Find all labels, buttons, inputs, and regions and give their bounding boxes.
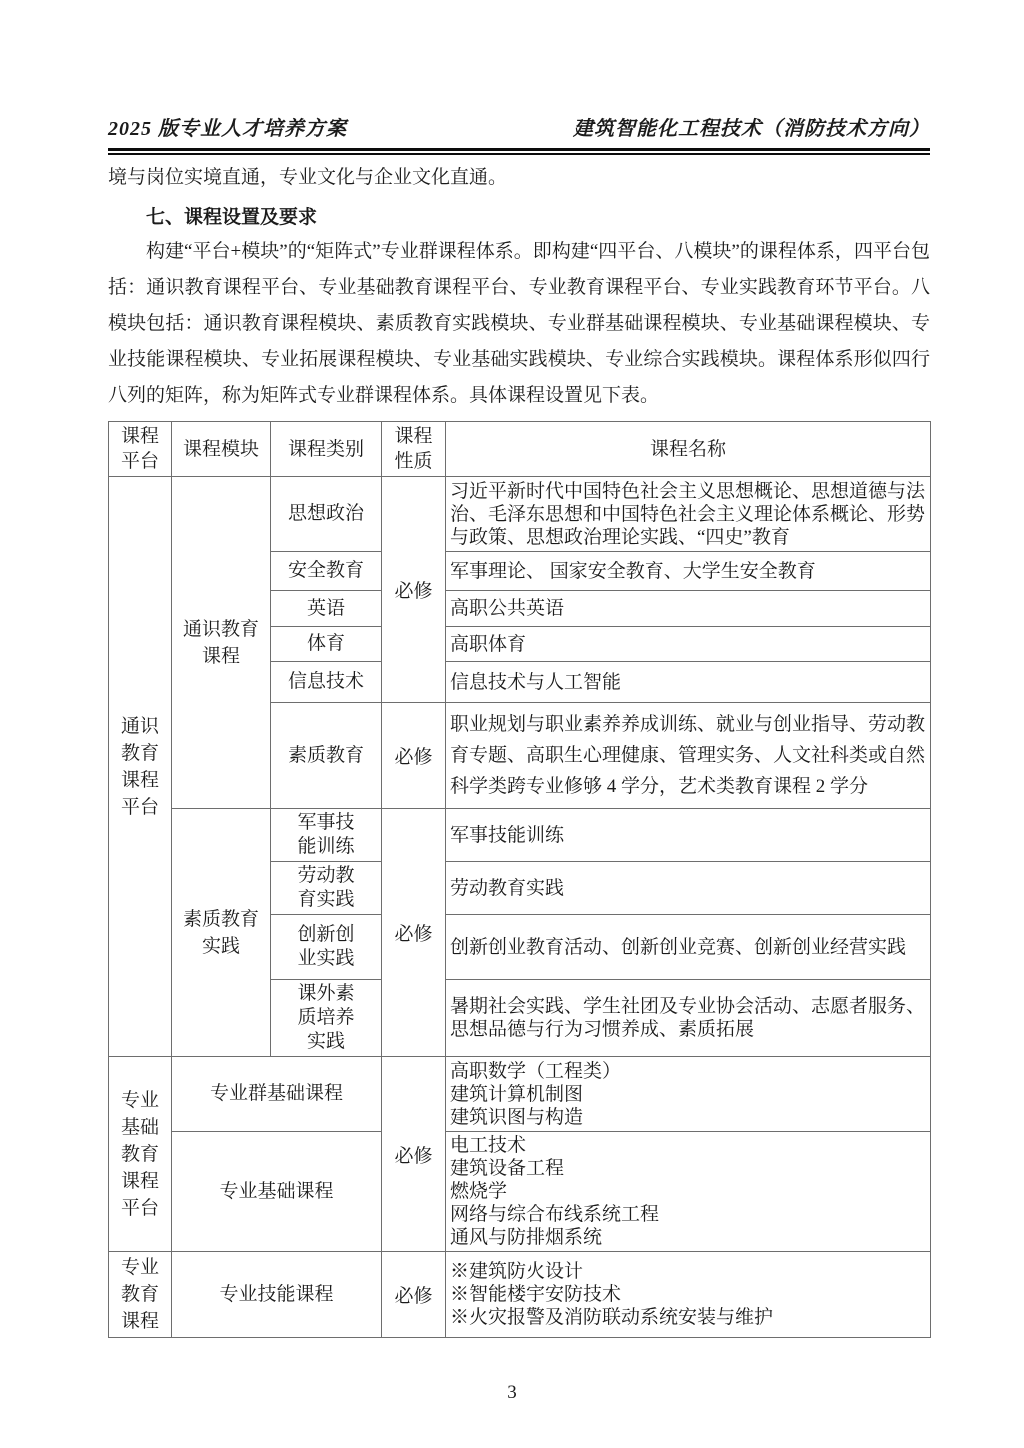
nature-cell: 必修 [382,1057,446,1252]
course-name-cell: 习近平新时代中国特色社会主义思想概论、思想道德与法治、毛泽东思想和中国特色社会主… [446,477,931,552]
header-double-rule [108,148,930,155]
course-name-cell: 电工技术 建筑设备工程 燃烧学 网络与综合布线系统工程 通风与防排烟系统 [446,1132,931,1252]
header-cell-module: 课程模块 [172,422,271,477]
document-page: 2025 版专业人才培养方案 建筑智能化工程技术（消防技术方向） 境与岗位实境直… [0,0,1024,1448]
category-cell: 英语 [271,591,382,627]
category-cell-group-foundation: 专业群基础课程 [172,1057,382,1132]
category-cell: 课外素 质培养 实践 [271,980,382,1057]
header-cell-category: 课程类别 [271,422,382,477]
course-name-cell: ※建筑防火设计 ※智能楼宇安防技术 ※火灾报警及消防联动系统安装与维护 [446,1252,931,1338]
module-cell-general-courses: 通识教育 课程 [172,477,271,809]
course-name-cell: 高职公共英语 [446,591,931,627]
paragraph-course-system: 构建“平台+模块”的“矩阵式”专业群课程体系。即构建“四平台、八模块”的课程体系… [108,234,930,414]
header-left-title: 2025 版专业人才培养方案 [108,112,347,141]
document-body: 境与岗位实境直通，专业文化与企业文化直通。 七、课程设置及要求 构建“平台+模块… [108,163,930,1338]
course-name-cell: 劳动教育实践 [446,862,931,915]
course-name-cell: 创新创业教育活动、创新创业竞赛、创新创业经营实践 [446,915,931,980]
category-cell-professional-foundation: 专业基础课程 [172,1132,382,1252]
header-cell-nature: 课程 性质 [382,422,446,477]
category-cell: 思想政治 [271,477,382,552]
course-setting-table: 课程 平台 课程模块 课程类别 课程 性质 课程名称 通识 教育 课程 平台 通… [108,421,931,1338]
course-name-cell: 高职数学（工程类） 建筑计算机制图 建筑识图与构造 [446,1057,931,1132]
nature-cell: 必修 [382,477,446,703]
header-right-title: 建筑智能化工程技术（消防技术方向） [573,112,930,141]
course-name-cell: 高职体育 [446,627,931,662]
module-cell-quality-practice: 素质教育 实践 [172,809,271,1057]
category-cell: 创新创 业实践 [271,915,382,980]
nature-cell: 必修 [382,809,446,1057]
header-cell-name: 课程名称 [446,422,931,477]
category-cell: 素质教育 [271,703,382,809]
table-row: 专业 基础 教育 课程 平台 专业群基础课程 必修 高职数学（工程类） 建筑计算… [109,1057,931,1132]
course-name-cell: 军事理论、 国家安全教育、大学生安全教育 [446,552,931,591]
table-row: 素质教育 实践 军事技 能训练 必修 军事技能训练 [109,809,931,862]
page-header: 2025 版专业人才培养方案 建筑智能化工程技术（消防技术方向） [108,112,930,141]
paragraph-continuation: 境与岗位实境直通，专业文化与企业文化直通。 [108,163,930,192]
table-row: 专业基础课程 电工技术 建筑设备工程 燃烧学 网络与综合布线系统工程 通风与防排… [109,1132,931,1252]
category-cell-professional-skill: 专业技能课程 [172,1252,382,1338]
category-cell: 军事技 能训练 [271,809,382,862]
header-cell-platform: 课程 平台 [109,422,172,477]
platform-cell-professional-foundation: 专业 基础 教育 课程 平台 [109,1057,172,1252]
table-row: 通识 教育 课程 平台 通识教育 课程 思想政治 必修 习近平新时代中国特色社会… [109,477,931,552]
nature-cell: 必修 [382,703,446,809]
category-cell: 安全教育 [271,552,382,591]
platform-cell-general-education: 通识 教育 课程 平台 [109,477,172,1057]
section-heading: 七、课程设置及要求 [108,204,930,231]
category-cell: 体育 [271,627,382,662]
course-name-cell: 暑期社会实践、学生社团及专业协会活动、志愿者服务、思想品德与行为习惯养成、素质拓… [446,980,931,1057]
course-name-cell: 信息技术与人工智能 [446,662,931,703]
nature-cell: 必修 [382,1252,446,1338]
course-name-cell: 军事技能训练 [446,809,931,862]
table-header-row: 课程 平台 课程模块 课程类别 课程 性质 课程名称 [109,422,931,477]
table-row: 专业 教育 课程 专业技能课程 必修 ※建筑防火设计 ※智能楼宇安防技术 ※火灾… [109,1252,931,1338]
page-number: 3 [0,1382,1024,1404]
category-cell: 信息技术 [271,662,382,703]
platform-cell-professional-education: 专业 教育 课程 [109,1252,172,1338]
category-cell: 劳动教 育实践 [271,862,382,915]
course-name-cell: 职业规划与职业素养养成训练、就业与创业指导、劳动教育专题、高职生心理健康、管理实… [446,703,931,809]
